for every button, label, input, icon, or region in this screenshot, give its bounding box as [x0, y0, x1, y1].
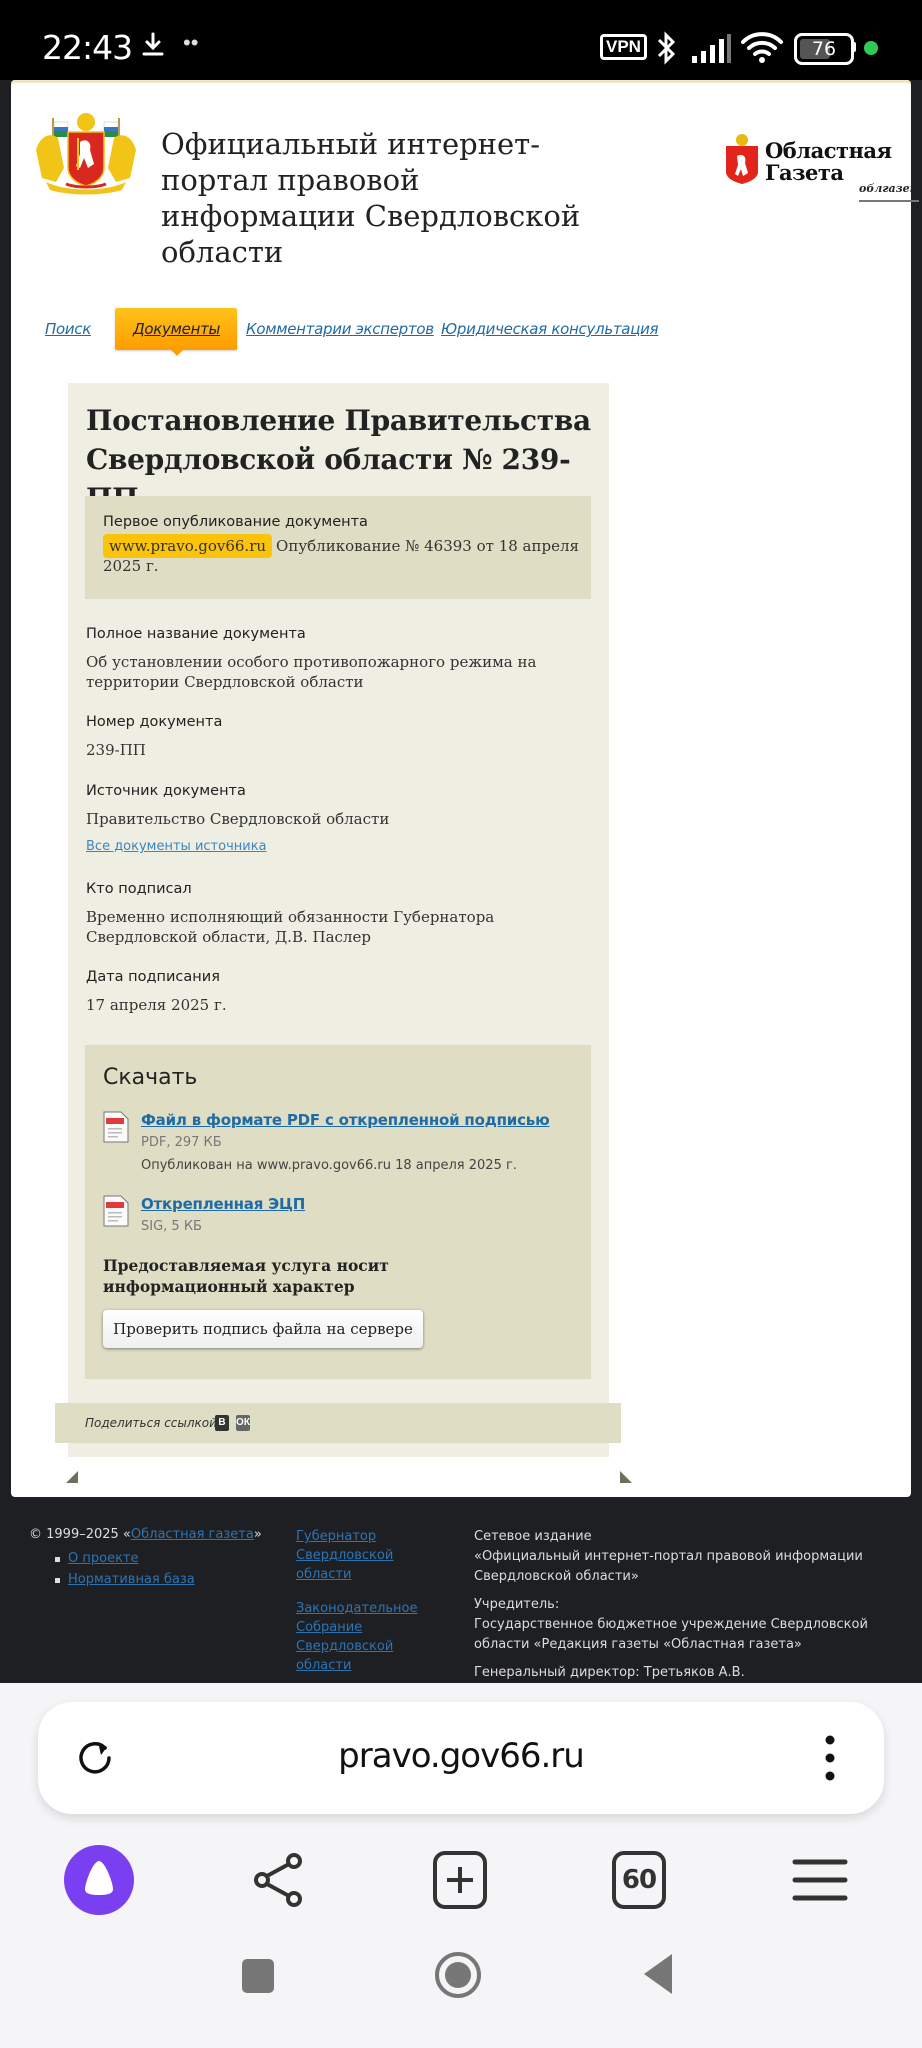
more-dots-icon: ••: [183, 30, 198, 56]
web-page: Официальный интернет-портал правовой инф…: [11, 80, 911, 1497]
field-source: Источник документа Правительство Свердло…: [86, 783, 596, 855]
signal-icon: [690, 34, 732, 64]
field-label: Номер документа: [86, 714, 596, 730]
legislative-assembly-link[interactable]: Законодательное Собрание Свердловской об…: [296, 1599, 446, 1675]
field-number: Номер документа 239-ПП: [86, 714, 596, 760]
new-tab-icon[interactable]: [425, 1845, 495, 1915]
field-value: 239-ПП: [86, 740, 596, 760]
share-bar: Поделиться ссылкой В ОК: [55, 1403, 621, 1443]
alice-assistant-icon[interactable]: [64, 1845, 134, 1915]
field-label: Источник документа: [86, 783, 596, 799]
governor-link[interactable]: Губернатор Свердловской области: [296, 1527, 446, 1584]
edition-label: Сетевое издание: [474, 1529, 592, 1544]
site-footer: © 1999–2025 «Областная газета» О проекте…: [0, 1497, 922, 1683]
edition-name: «Официальный интернет-портал правовой ин…: [474, 1549, 863, 1584]
download-icon: [138, 30, 168, 60]
back-icon[interactable]: [640, 1952, 676, 1996]
site-title[interactable]: Официальный интернет-портал правовой инф…: [161, 126, 581, 270]
battery-tip: [852, 42, 856, 52]
all-source-documents-link[interactable]: Все документы источника: [86, 839, 267, 854]
active-dot-icon: [864, 41, 878, 55]
tab-documents[interactable]: Документы: [133, 320, 220, 338]
field-signed-by: Кто подписал Временно исполняющий обязан…: [86, 881, 596, 947]
field-label: Кто подписал: [86, 881, 596, 897]
first-publication-label: Первое опубликование документа: [103, 514, 368, 530]
bluetooth-icon: [652, 30, 680, 66]
tab-expert-comments[interactable]: Комментарии экспертов: [246, 320, 434, 338]
copyright-suffix: »: [254, 1527, 262, 1542]
vpn-icon: VPN: [600, 34, 647, 60]
oblgazeta-url: облгазета.: [859, 182, 922, 195]
field-sign-date: Дата подписания 17 апреля 2025 г.: [86, 969, 596, 1015]
first-publication-value: www.pravo.gov66.ruОпубликование № 46393 …: [103, 536, 583, 576]
oblgazeta-name-line2: Газета: [765, 160, 844, 185]
share-icon[interactable]: [244, 1845, 314, 1915]
battery-icon: 76: [794, 33, 854, 65]
footer-list-item: О проекте: [50, 1551, 195, 1566]
url-text[interactable]: pravo.gov66.ru: [38, 1736, 884, 1776]
signature-file-icon: [103, 1195, 129, 1227]
founder-name: Государственное бюджетное учреждение Све…: [474, 1617, 868, 1652]
field-label: Полное название документа: [86, 626, 596, 642]
oblgazeta-link[interactable]: Областная газета: [131, 1527, 254, 1542]
director: Генеральный директор: Третьяков А.В.: [474, 1663, 914, 1683]
share-label: Поделиться ссылкой: [85, 1416, 217, 1430]
clock: 22:43: [42, 28, 132, 67]
tab-count: 60: [604, 1865, 674, 1895]
divider: [859, 200, 919, 202]
tab-documents-active[interactable]: Документы: [115, 308, 237, 350]
sig-download-link[interactable]: Открепленная ЭЦП: [141, 1195, 305, 1213]
pdf-meta: PDF, 297 КБ: [141, 1135, 222, 1150]
footer-list: О проекте Нормативная база: [50, 1551, 195, 1593]
shield-icon: [725, 134, 759, 184]
address-bar[interactable]: pravo.gov66.ru: [38, 1702, 884, 1814]
oblgazeta-logo[interactable]: ОбластнаяГазета облгазета.: [725, 126, 915, 216]
oblgazeta-name: ОбластнаяГазета: [765, 140, 892, 184]
menu-icon[interactable]: [785, 1845, 855, 1915]
founder-label: Учредитель:: [474, 1597, 559, 1612]
field-full-name: Полное название документа Об установлени…: [86, 626, 596, 692]
download-section: Скачать Файл в формате PDF с открепленно…: [85, 1045, 591, 1379]
download-item-pdf: Файл в формате PDF с открепленной подпис…: [103, 1111, 583, 1181]
browser-chrome: pravo.gov66.ru 60: [0, 1683, 922, 2048]
tab-search[interactable]: Поиск: [45, 320, 91, 338]
info-notice: Предоставляемая услуга носит информацион…: [103, 1255, 543, 1297]
tab-legal-consultation[interactable]: Юридическая консультация: [441, 320, 658, 338]
ribbon-fold-right: [620, 1471, 632, 1483]
normative-base-link[interactable]: Нормативная база: [68, 1572, 195, 1587]
download-title: Скачать: [103, 1065, 197, 1090]
copyright-prefix: © 1999–2025 «: [29, 1527, 131, 1542]
publication-site-badge[interactable]: www.pravo.gov66.ru: [103, 534, 272, 558]
field-value: Правительство Свердловской области: [86, 809, 596, 829]
first-publication-box: Первое опубликование документа www.pravo…: [85, 496, 591, 599]
status-bar: 22:43 •• VPN 76: [0, 0, 922, 80]
ribbon-fold-left: [66, 1471, 78, 1483]
ok-share-icon[interactable]: ОК: [236, 1415, 250, 1431]
footer-gov-links: Губернатор Свердловской области Законода…: [296, 1527, 446, 1683]
field-value: 17 апреля 2025 г.: [86, 995, 596, 1015]
coat-of-arms-logo[interactable]: [30, 110, 142, 196]
pdf-file-icon: [103, 1111, 129, 1143]
about-project-link[interactable]: О проекте: [68, 1551, 139, 1566]
document-card: Постановление Правительства Свердловской…: [68, 383, 609, 1457]
field-value: Об установлении особого противопожарного…: [86, 652, 596, 692]
home-icon[interactable]: [434, 1951, 482, 1999]
vk-share-icon[interactable]: В: [215, 1415, 229, 1431]
wifi-icon: [740, 30, 784, 66]
footer-list-item: Нормативная база: [50, 1572, 195, 1587]
more-vertical-icon[interactable]: [824, 1734, 836, 1782]
pdf-download-link[interactable]: Файл в формате PDF с открепленной подпис…: [141, 1111, 549, 1129]
footer-info: Сетевое издание«Официальный интернет-пор…: [474, 1527, 914, 1683]
pdf-published: Опубликован на www.pravo.gov66.ru 18 апр…: [141, 1158, 517, 1173]
battery-level: 76: [797, 36, 851, 62]
tabs-button[interactable]: 60: [604, 1845, 674, 1915]
field-label: Дата подписания: [86, 969, 596, 985]
recent-apps-icon[interactable]: [240, 1955, 276, 1995]
field-value: Временно исполняющий обязанности Губерна…: [86, 907, 596, 947]
copyright: © 1999–2025 «Областная газета»: [29, 1527, 262, 1542]
sig-meta: SIG, 5 КБ: [141, 1219, 202, 1234]
verify-signature-button[interactable]: Проверить подпись файла на сервере: [103, 1310, 423, 1348]
download-item-sig: Открепленная ЭЦП SIG, 5 КБ: [103, 1195, 583, 1235]
